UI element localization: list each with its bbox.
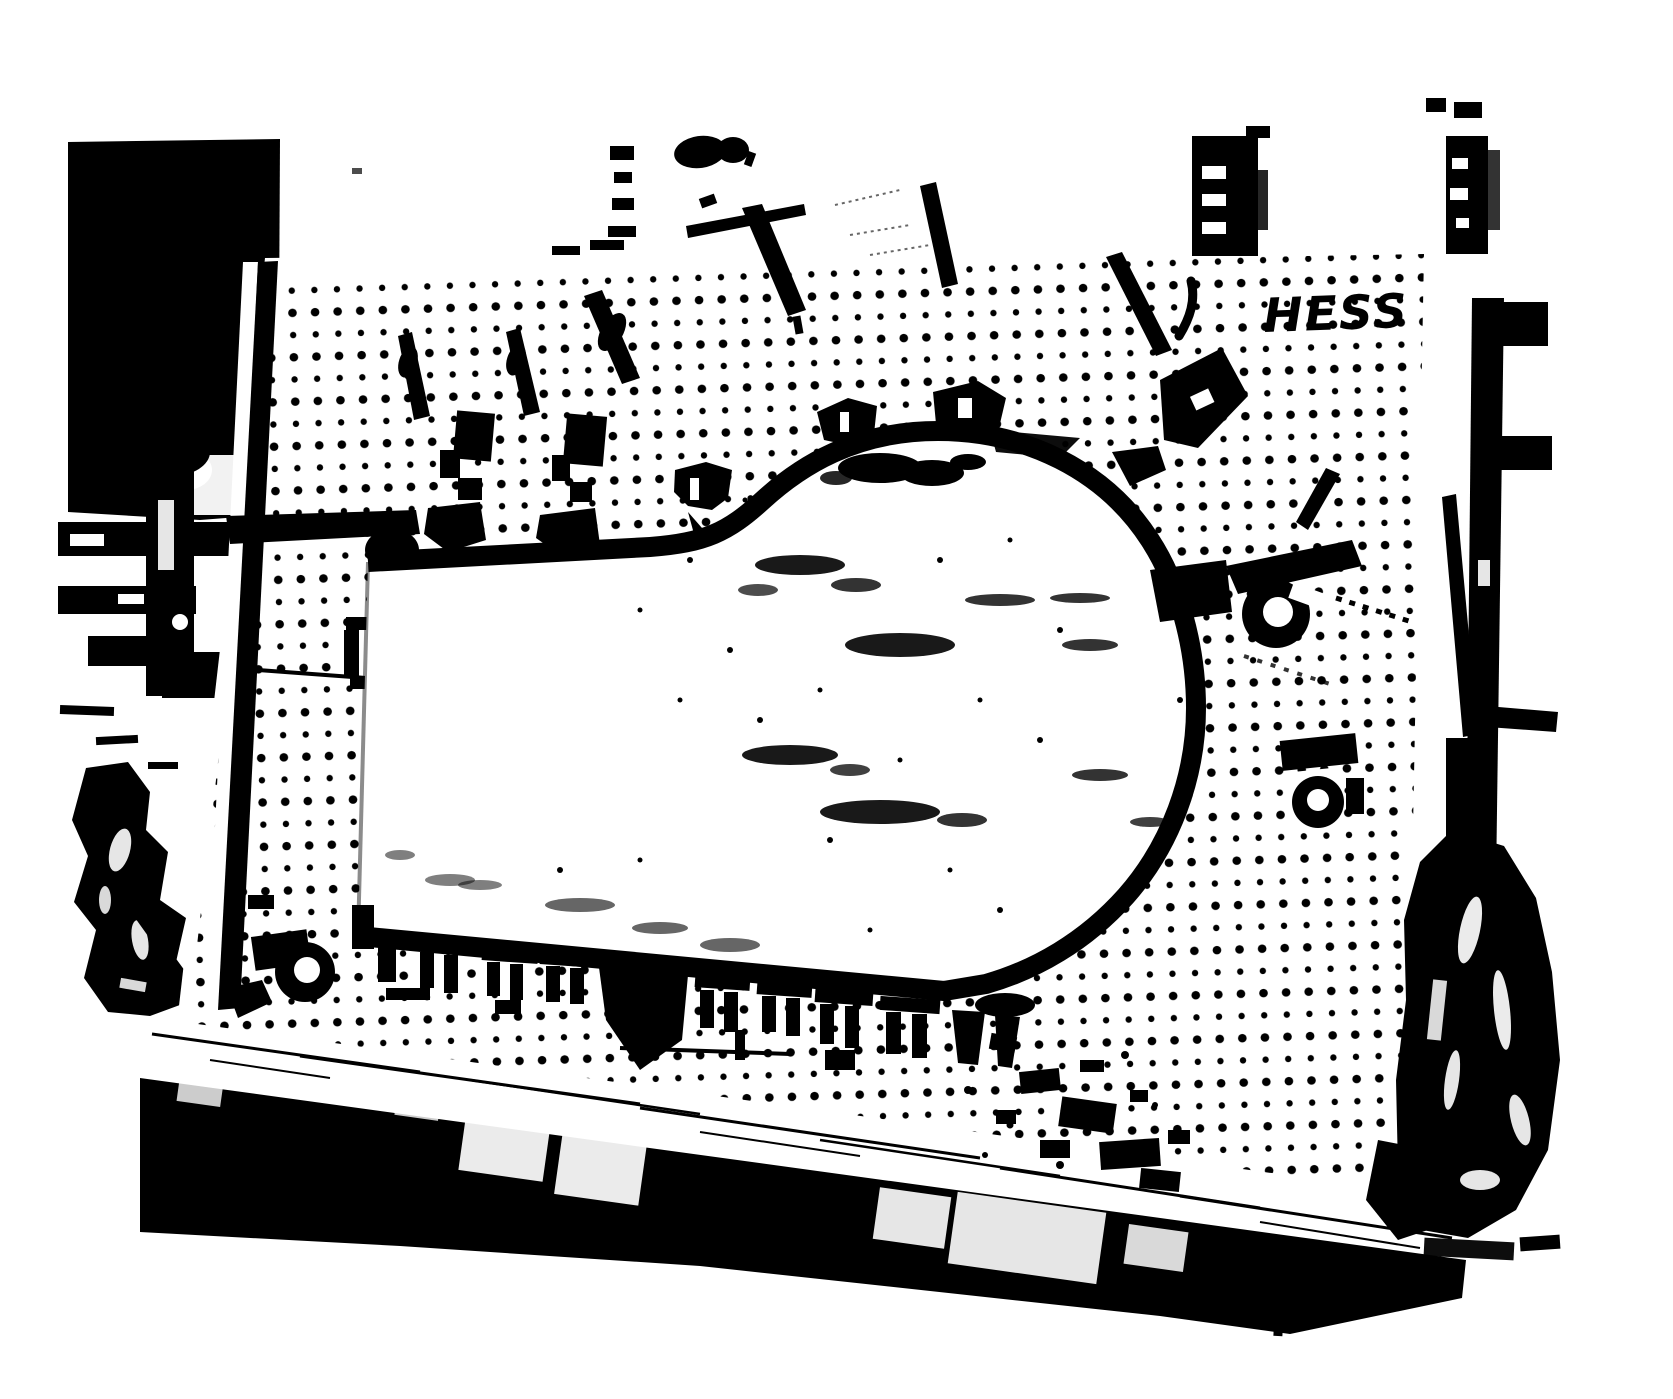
right-post-structure: [1442, 298, 1558, 884]
brand-label: HESS: [1262, 284, 1409, 344]
rack-bars-top: [1192, 98, 1500, 256]
tarp-left: [72, 762, 196, 1016]
photo-industrial-template-board: HESS: [0, 0, 1673, 1399]
